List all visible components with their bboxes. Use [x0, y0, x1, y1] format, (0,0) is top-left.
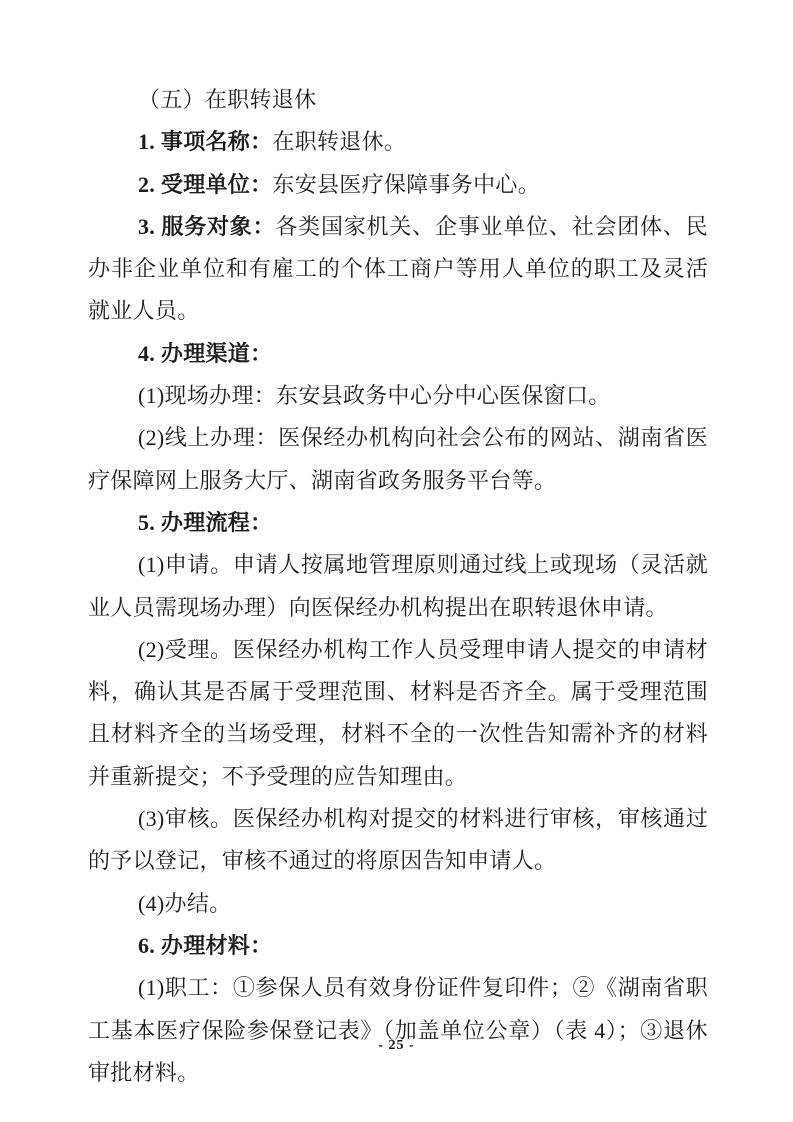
item-5-sub-3: (3)审核。医保经办机构对提交的材料进行审核，审核通过的予以登记，审核不通过的将…: [88, 798, 708, 883]
text-run: (1)现场办理：东安县政务中心分中心医保窗口。: [138, 383, 611, 408]
text-run: 东安县医疗保障事务中心。: [272, 172, 540, 197]
item-2-accepting-unit: 2. 受理单位：东安县医疗保障事务中心。: [88, 164, 708, 206]
item-label-run: 4. 办理渠道：: [138, 341, 272, 366]
item-label-run: 5. 办理流程：: [138, 510, 272, 535]
document-page: （五）在职转退休1. 事项名称：在职转退休。2. 受理单位：东安县医疗保障事务中…: [0, 0, 793, 1122]
item-5-process: 5. 办理流程：: [88, 502, 708, 544]
text-run: (2)受理。医保经办机构工作人员受理申请人提交的申请材料，确认其是否属于受理范围…: [88, 637, 708, 789]
item-3-service-target: 3. 服务对象：各类国家机关、企事业单位、社会团体、民办非企业单位和有雇工的个体…: [88, 206, 708, 333]
item-label-run: 2. 受理单位：: [138, 172, 272, 197]
item-label-run: 6. 办理材料：: [138, 933, 272, 958]
text-run: (4)办结。: [138, 891, 231, 916]
text-run: (1)申请。申请人按属地管理原则通过线上或现场（灵活就业人员需现场办理）向医保经…: [88, 552, 708, 619]
item-6-sub-1: (1)职工：①参保人员有效身份证件复印件；②《湖南省职工基本医疗保险参保登记表》…: [88, 967, 708, 1094]
item-5-sub-1: (1)申请。申请人按属地管理原则通过线上或现场（灵活就业人员需现场办理）向医保经…: [88, 544, 708, 629]
text-run: （五）在职转退休: [138, 87, 316, 112]
text-run: (3)审核。医保经办机构对提交的材料进行审核，审核通过的予以登记，审核不通过的将…: [88, 806, 708, 873]
item-label-run: 3. 服务对象：: [138, 214, 275, 239]
item-5-sub-2: (2)受理。医保经办机构工作人员受理申请人提交的申请材料，确认其是否属于受理范围…: [88, 629, 708, 798]
document-body: （五）在职转退休1. 事项名称：在职转退休。2. 受理单位：东安县医疗保障事务中…: [88, 79, 708, 1094]
page-number: - 25 -: [0, 1038, 793, 1054]
item-5-sub-4: (4)办结。: [88, 883, 708, 925]
text-run: 在职转退休。: [272, 129, 406, 154]
text-run: (2)线上办理：医保经办机构向社会公布的网站、湖南省医疗保障网上服务大厅、湖南省…: [88, 425, 708, 492]
item-6-materials: 6. 办理材料：: [88, 925, 708, 967]
section-heading: （五）在职转退休: [88, 79, 708, 121]
item-4-sub-2: (2)线上办理：医保经办机构向社会公布的网站、湖南省医疗保障网上服务大厅、湖南省…: [88, 417, 708, 502]
item-1-name: 1. 事项名称：在职转退休。: [88, 121, 708, 163]
item-4-channels: 4. 办理渠道：: [88, 333, 708, 375]
text-run: (1)职工：①参保人员有效身份证件复印件；②《湖南省职工基本医疗保险参保登记表》…: [88, 975, 708, 1085]
item-label-run: 1. 事项名称：: [138, 129, 272, 154]
item-4-sub-1: (1)现场办理：东安县政务中心分中心医保窗口。: [88, 375, 708, 417]
